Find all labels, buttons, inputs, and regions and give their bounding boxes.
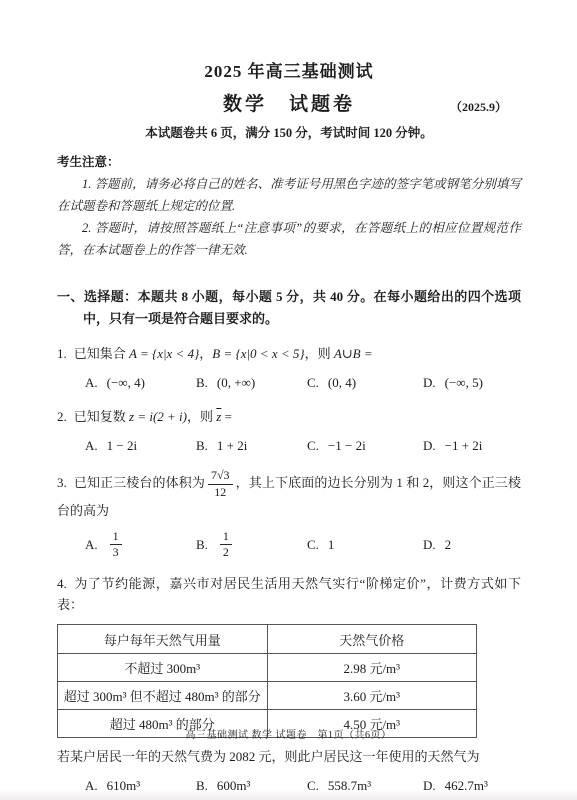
- option-label: B.: [196, 438, 208, 453]
- option-label: C.: [307, 375, 319, 390]
- option-label: D.: [423, 438, 436, 453]
- math-expression: A = {x|x < 4}: [129, 346, 199, 361]
- option-value: 462.7m³: [445, 778, 488, 793]
- section-1-heading: 一、选择题：本题共 8 小题，每小题 5 分，共 40 分。在每小题给出的四个选…: [57, 286, 521, 330]
- question-4: 4.为了节约能源，嘉兴市对居民生活用天然气实行“阶梯定价”，计费方式如下表： 每…: [57, 573, 521, 796]
- fraction-denominator: 2: [220, 545, 232, 560]
- question-3-options: A.13 B.12 C.1 D.2: [57, 530, 521, 561]
- question-3-stem: 3.已知正三棱台的体积为7√312，其上下底面的边长分别为 1 和 2，则这个正…: [57, 469, 521, 521]
- option-q1-d: D.(−∞, 5): [423, 373, 521, 393]
- option-value: −1 − 2i: [328, 438, 366, 453]
- table-row-1: 不超过 300m³ 2.98 元/m³: [58, 654, 477, 682]
- subject-row: 数学 试题卷（2025.9）: [57, 93, 521, 117]
- exam-title: 2025 年高三基础测试: [57, 62, 521, 82]
- option-label: D.: [423, 375, 436, 390]
- option-q3-a: A.13: [85, 530, 196, 561]
- option-label: B.: [196, 537, 208, 552]
- option-label: A.: [85, 375, 98, 390]
- fraction: 7√312: [208, 469, 233, 500]
- exam-info-line: 本试题卷共 6 页，满分 150 分，考试时间 120 分钟。: [57, 125, 521, 141]
- question-4-stem-continued: 若某户居民一年的天然气费为 2082 元，则此户居民这一年使用的天然气为: [57, 746, 521, 767]
- option-value: 600m³: [217, 778, 251, 793]
- option-label: A.: [85, 537, 98, 552]
- option-value: (−∞, 4): [107, 375, 145, 390]
- stem-text: 已知正三棱台的体积为: [74, 475, 205, 490]
- option-value: (0, +∞): [217, 375, 255, 390]
- option-value: 1 − 2i: [107, 438, 137, 453]
- option-value: (−∞, 5): [445, 375, 483, 390]
- option-value: 610m³: [107, 778, 141, 793]
- table-header-price: 天然气价格: [267, 625, 477, 654]
- option-q3-b: B.12: [196, 530, 307, 561]
- fraction: 13: [110, 530, 122, 561]
- option-label: A.: [85, 438, 98, 453]
- table-cell-usage: 超过 300m³ 但不超过 480m³ 的部分: [58, 682, 268, 710]
- option-value: −1 + 2i: [445, 438, 483, 453]
- option-label: D.: [423, 778, 436, 793]
- question-1: 1.已知集合 A = {x|x < 4}，B = {x|0 < x < 5}，则…: [57, 343, 521, 393]
- question-2-stem: 2.已知复数 z = i(2 + i)，则 z =: [57, 406, 521, 427]
- table-cell-price: 3.60 元/m³: [267, 682, 477, 710]
- option-q2-a: A.1 − 2i: [85, 436, 196, 456]
- option-value: 2: [445, 537, 452, 552]
- option-value: (0, 4): [328, 375, 356, 390]
- subject-title: 数学 试题卷: [223, 94, 355, 115]
- question-number: 1.: [57, 346, 67, 361]
- option-value: 1: [328, 537, 335, 552]
- stem-text: ，则: [187, 409, 216, 424]
- math-expression: B = {x|0 < x < 5}: [212, 346, 304, 361]
- option-label: B.: [196, 375, 208, 390]
- option-q3-d: D.2: [423, 535, 521, 555]
- option-q3-c: C.1: [307, 535, 423, 555]
- notice-heading: 考生注意：: [57, 152, 521, 173]
- math-expression: A∪B =: [334, 346, 373, 361]
- question-number: 4.: [57, 576, 67, 591]
- question-number: 2.: [57, 409, 67, 424]
- table-header-usage: 每户每年天然气用量: [58, 625, 268, 654]
- option-label: B.: [196, 778, 208, 793]
- page-footer: 高三基础测试 数学 试题卷 第1页（共6页）: [0, 726, 577, 741]
- fraction-denominator: 3: [110, 545, 122, 560]
- notice-item-1: 1. 答题前，请务必将自己的姓名、准考证号用黑色字迹的签字笔或钢笔分别填写在试题…: [57, 173, 521, 217]
- table-header-row: 每户每年天然气用量 天然气价格: [58, 625, 477, 654]
- option-q1-b: B.(0, +∞): [196, 373, 307, 393]
- option-value: 1 + 2i: [217, 438, 247, 453]
- fraction-numerator: 1: [220, 530, 232, 546]
- option-q4-c: C.558.7m³: [307, 776, 423, 796]
- question-4-options: A.610m³ B.600m³ C.558.7m³ D.462.7m³: [57, 776, 521, 796]
- option-label: D.: [423, 537, 436, 552]
- table-cell-usage: 不超过 300m³: [58, 654, 268, 682]
- option-q2-c: C.−1 − 2i: [307, 436, 423, 456]
- question-2: 2.已知复数 z = i(2 + i)，则 z = A.1 − 2i B.1 +…: [57, 406, 521, 456]
- table-cell-price: 2.98 元/m³: [267, 654, 477, 682]
- option-q2-b: B.1 + 2i: [196, 436, 307, 456]
- question-1-options: A.(−∞, 4) B.(0, +∞) C.(0, 4) D.(−∞, 5): [57, 373, 521, 393]
- option-q1-a: A.(−∞, 4): [85, 373, 196, 393]
- option-label: A.: [85, 778, 98, 793]
- option-q2-d: D.−1 + 2i: [423, 436, 521, 456]
- fraction-denominator: 12: [208, 485, 233, 500]
- option-q4-b: B.600m³: [196, 776, 307, 796]
- exam-page: 2025 年高三基础测试 数学 试题卷（2025.9） 本试题卷共 6 页，满分…: [0, 0, 577, 800]
- option-label: C.: [307, 438, 319, 453]
- question-4-stem: 4.为了节约能源，嘉兴市对居民生活用天然气实行“阶梯定价”，计费方式如下表：: [57, 573, 521, 615]
- option-q4-a: A.610m³: [85, 776, 196, 796]
- notice-item-2: 2. 答题时，请按照答题纸上“注意事项”的要求，在答题纸上的相应位置规范作答，在…: [57, 217, 521, 261]
- notice-section: 考生注意： 1. 答题前，请务必将自己的姓名、准考证号用黑色字迹的签字笔或钢笔分…: [57, 152, 521, 261]
- fraction-numerator: 7√3: [208, 469, 233, 485]
- fraction: 12: [220, 530, 232, 561]
- stem-text: 为了节约能源，嘉兴市对居民生活用天然气实行“阶梯定价”，计费方式如下表：: [57, 576, 521, 612]
- option-label: C.: [307, 778, 319, 793]
- question-3: 3.已知正三棱台的体积为7√312，其上下底面的边长分别为 1 和 2，则这个正…: [57, 469, 521, 560]
- option-q4-d: D.462.7m³: [423, 776, 521, 796]
- question-2-options: A.1 − 2i B.1 + 2i C.−1 − 2i D.−1 + 2i: [57, 436, 521, 456]
- edition-label: （2025.9）: [450, 98, 507, 115]
- stem-text: 已知集合: [74, 346, 129, 361]
- option-q1-c: C.(0, 4): [307, 373, 423, 393]
- stem-text: =: [221, 409, 232, 424]
- option-value: 558.7m³: [328, 778, 371, 793]
- math-expression: z = i(2 + i): [129, 409, 187, 424]
- option-label: C.: [307, 537, 319, 552]
- question-1-stem: 1.已知集合 A = {x|x < 4}，B = {x|0 < x < 5}，则…: [57, 343, 521, 364]
- table-row-2: 超过 300m³ 但不超过 480m³ 的部分 3.60 元/m³: [58, 682, 477, 710]
- stem-text: 已知复数: [74, 409, 129, 424]
- stem-text: ，: [199, 346, 212, 361]
- question-number: 3.: [57, 475, 67, 490]
- stem-text: ，则: [305, 346, 334, 361]
- gas-pricing-table: 每户每年天然气用量 天然气价格 不超过 300m³ 2.98 元/m³ 超过 3…: [57, 624, 477, 738]
- fraction-numerator: 1: [110, 530, 122, 546]
